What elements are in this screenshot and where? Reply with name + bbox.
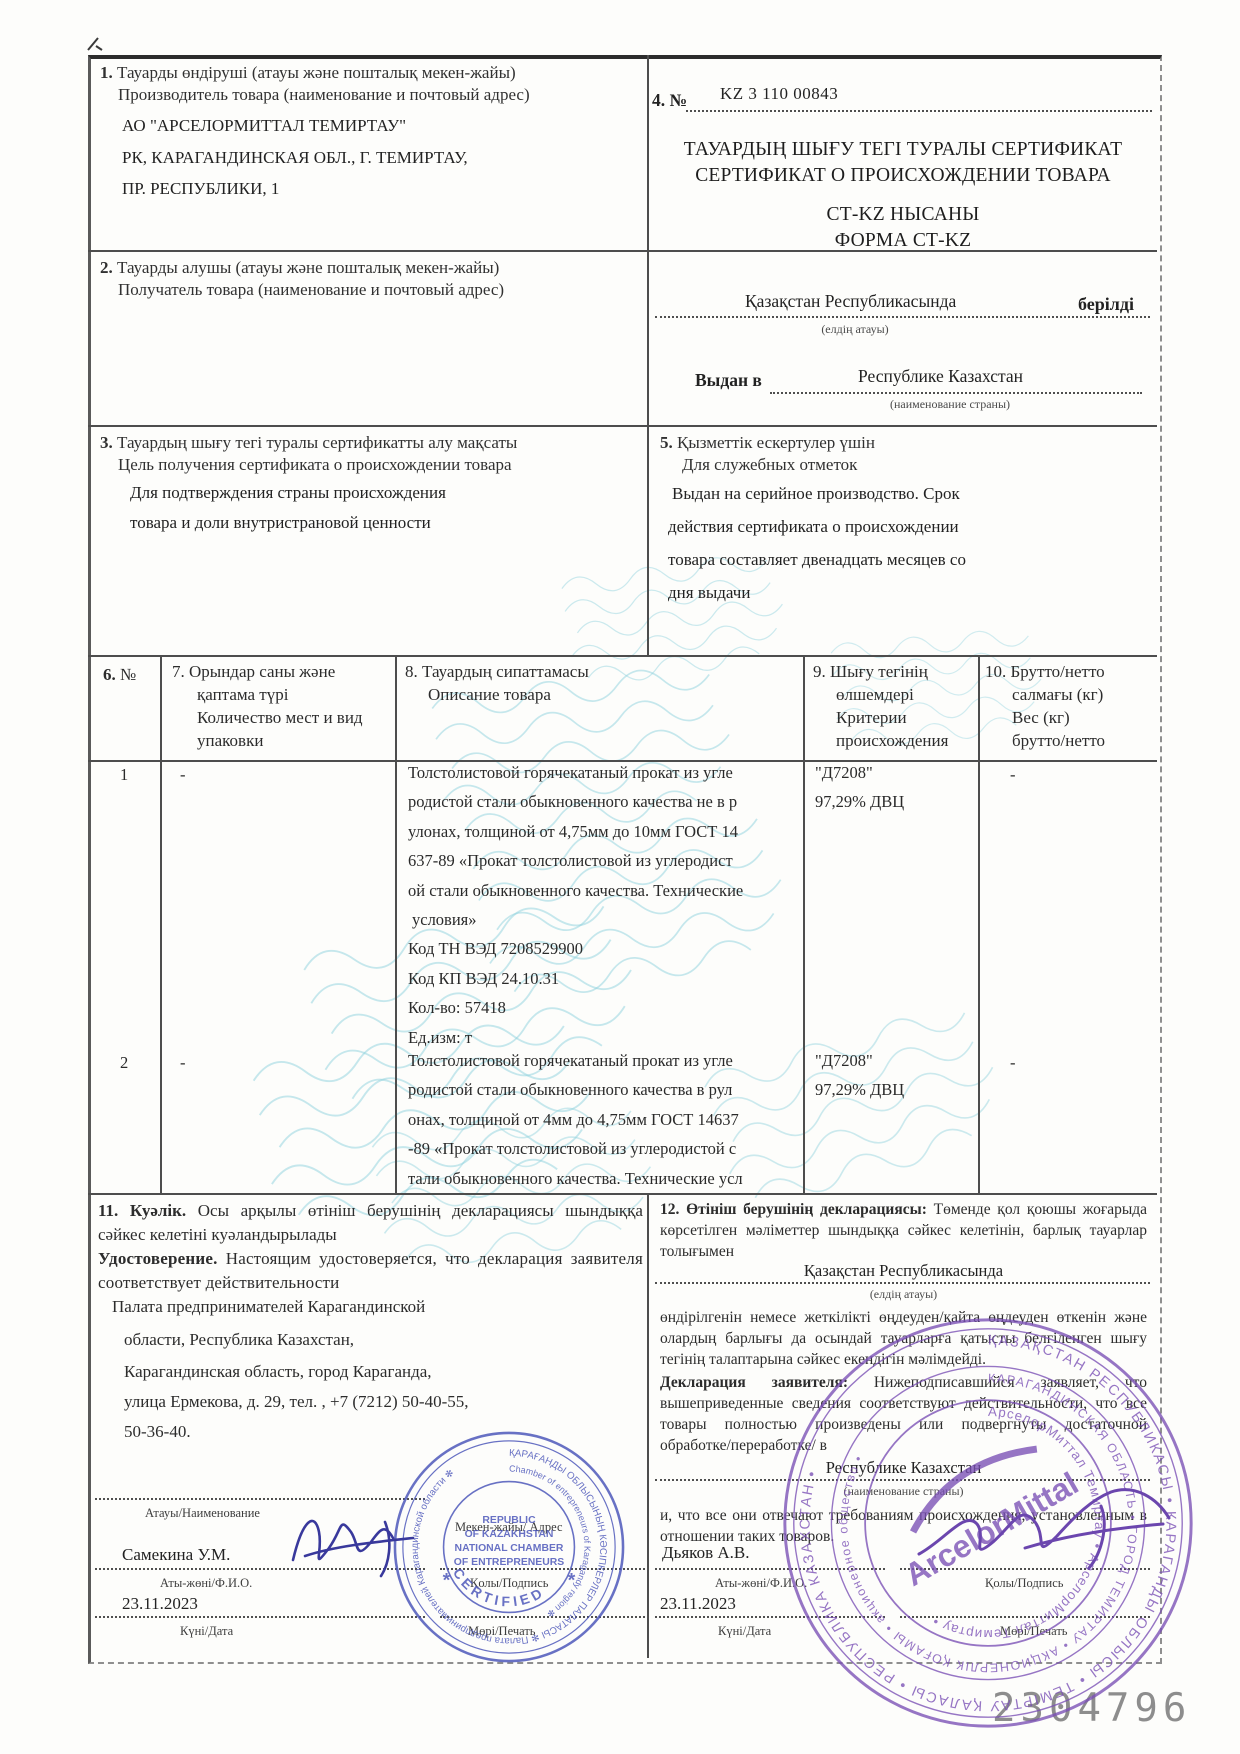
number-dotted-line: [686, 86, 1152, 112]
service-note-4: дня выдачи: [668, 576, 966, 609]
col6-header: 6. №: [103, 663, 136, 686]
svg-text:CERTIFIED: CERTIFIED: [450, 1565, 548, 1609]
chamber-stamp-center-1: REPUBLIC: [482, 1515, 536, 1526]
row1-number: 1: [120, 760, 128, 789]
chamber-stamp-center-3: NATIONAL CHAMBER: [455, 1543, 564, 1554]
issued-hint-ru: (наименование страны): [780, 397, 1120, 412]
row1-description: Толстолистовой горячекатаный прокат из у…: [408, 758, 743, 1052]
form-type-kk: СТ-KZ НЫСАНЫ: [657, 202, 1149, 228]
certificate-title-kk: ТАУАРДЫҢ ШЫҒУ ТЕГІ ТУРАЛЫ СЕРТИФИКАТ: [657, 137, 1149, 163]
certificate-title: ТАУАРДЫҢ ШЫҒУ ТЕГІ ТУРАЛЫ СЕРТИФИКАТ СЕР…: [657, 137, 1149, 189]
section3-label-kk: 3. Тауардың шығу тегі туралы сертификатт…: [100, 432, 517, 454]
signer-right-name: Дьяков А.В.: [662, 1543, 749, 1563]
issued-country-ru: Республике Казахстан: [858, 366, 1023, 387]
issuing-org-line-4: улица Ермекова, д. 29, тел. , +7 (7212) …: [124, 1390, 469, 1414]
date-left: 23.11.2023: [122, 1594, 198, 1614]
issuing-org-line-1: Палата предпринимателей Карагандинской: [112, 1295, 425, 1319]
fio-left-label: Аты-жөні/Ф.И.О.: [160, 1576, 252, 1591]
section2-label-ru: Получатель товара (наименование и почтов…: [118, 279, 504, 301]
declaration-hint-kk: (елдің атауы): [660, 1287, 1147, 1302]
bottom-block-top-line: [88, 1193, 1157, 1195]
row1-criteria: "Д7208" 97,29% ДВЦ: [815, 758, 904, 817]
issued-label-ru: Выдан в: [695, 370, 762, 391]
row2-weight: -: [1010, 1048, 1016, 1077]
section11-attestation-ru: Удостоверение. Настоящим удостоверяется,…: [98, 1247, 643, 1294]
col8-header: 8. Тауардың сипаттамасы Описание товара: [405, 660, 589, 706]
purpose-line-2: товара и доли внутристрановой ценности: [130, 508, 517, 538]
col7-divider: [395, 655, 397, 1193]
service-note-2: действия сертификата о происхождении: [668, 510, 966, 543]
service-note-1: Выдан на серийное производство. Срок: [672, 477, 966, 510]
section1-label-ru: Производитель товара (наименование и поч…: [118, 84, 530, 106]
chamber-stamp-center-4: OF ENTREPRENEURS: [454, 1557, 564, 1568]
section1-label-kk: 1. Тауарды өндіруші (атауы және пошталық…: [100, 62, 530, 84]
row2-number: 2: [120, 1048, 128, 1077]
declaration-country-kk: Қазақстан Республикасында: [660, 1261, 1147, 1281]
form-type-ru: ФОРМА СТ-KZ: [657, 228, 1149, 254]
section2-receiver: 2. Тауарды алушы (атауы және пошталық ме…: [100, 257, 504, 301]
col10-header: 10. Брутто/нетто салмағы (кг) Вес (кг) б…: [985, 660, 1105, 752]
section12-declaration-kk: 12. Өтініш берушінің декларациясы: Төмен…: [660, 1199, 1147, 1262]
producer-address-1: РК, КАРАГАНДИНСКАЯ ОБЛ., Г. ТЕМИРТАУ,: [122, 142, 530, 174]
certificate-title-ru: СЕРТИФИКАТ О ПРОИСХОЖДЕНИИ ТОВАРА: [657, 163, 1149, 189]
col9-divider: [978, 655, 980, 1193]
org-name-label: Атауы/Наименование: [145, 1506, 260, 1521]
issued-word-kk: берілді: [1078, 294, 1134, 315]
section4-number-label: 4. №: [652, 90, 687, 111]
issuing-org-line-3: Карагандинская область, город Караганда,: [124, 1360, 432, 1384]
row2-description: Толстолистовой горячекатаный прокат из у…: [408, 1046, 743, 1193]
purpose-line-1: Для подтверждения страны происхождения: [130, 478, 517, 508]
certificate-page: 1. Тауарды өндіруші (атауы және пошталық…: [0, 0, 1240, 1754]
date-left-label: Күні/Дата: [180, 1624, 233, 1639]
col6-divider: [160, 655, 162, 1193]
scan-artifact-topleft: [86, 36, 116, 54]
row-divider-2: [88, 425, 1157, 427]
center-divider-top: [647, 55, 649, 655]
chamber-stamp-certified-text: CERTIFIED: [450, 1565, 548, 1609]
section2-label-kk: 2. Тауарды алушы (атауы және пошталық ме…: [100, 257, 504, 279]
row1-places: -: [180, 760, 186, 789]
date-right-label: Күні/Дата: [718, 1624, 771, 1639]
col9-header: 9. Шығу тегінің өлшемдері Критерии проис…: [813, 660, 948, 752]
date-left-line: [95, 1616, 425, 1618]
table-header-top-line: [88, 655, 1157, 657]
section3-label-ru: Цель получения сертификата о происхожден…: [118, 454, 517, 476]
signature-left: [285, 1498, 435, 1593]
signer-left-name: Самекина У.М.: [122, 1545, 230, 1565]
date-right: 23.11.2023: [660, 1594, 736, 1614]
producer-name: АО "АРСЕЛОРМИТТАЛ ТЕМИРТАУ": [122, 110, 530, 142]
section5-label-ru: Для служебных отметок: [682, 454, 966, 476]
row1-weight: -: [1010, 760, 1016, 789]
form-type: СТ-KZ НЫСАНЫ ФОРМА СТ-KZ: [657, 202, 1149, 254]
service-note-3: товара составляет двенадцать месяцев со: [668, 543, 966, 576]
center-divider-bottom: [647, 1193, 649, 1658]
chamber-stamp-star-right: *: [568, 1570, 576, 1592]
section3-purpose: 3. Тауардың шығу тегі туралы сертификатт…: [100, 432, 517, 538]
section11-attestation-kk: 11. Куәлік. Осы арқылы өтініш берушінің …: [98, 1199, 643, 1246]
row2-criteria: "Д7208" 97,29% ДВЦ: [815, 1046, 904, 1105]
issued-hint-kk: (елдің атауы): [655, 322, 1055, 337]
col8-divider: [803, 655, 805, 1193]
chamber-stamp-center-2: OF KAZAKHSTAN: [465, 1529, 554, 1540]
issued-country-kk: Қазақстан Республикасында: [745, 291, 956, 312]
section5-service-notes: 5. Қызметтік ескертулер үшін Для служебн…: [660, 432, 966, 609]
issuing-org-line-2: области, Республика Казахстан,: [124, 1328, 354, 1352]
section5-label-kk: 5. Қызметтік ескертулер үшін: [660, 432, 966, 454]
col7-header: 7. Орындар саны және қаптама түрі Количе…: [172, 660, 363, 752]
chamber-stamp-star-left: *: [443, 1570, 451, 1592]
producer-address-2: ПР. РЕСПУБЛИКИ, 1: [122, 173, 530, 205]
signature-right: [905, 1470, 1185, 1585]
row2-places: -: [180, 1048, 186, 1077]
issuing-org-line-5: 50-36-40.: [124, 1420, 191, 1444]
section1-producer: 1. Тауарды өндіруші (атауы және пошталық…: [100, 62, 530, 205]
